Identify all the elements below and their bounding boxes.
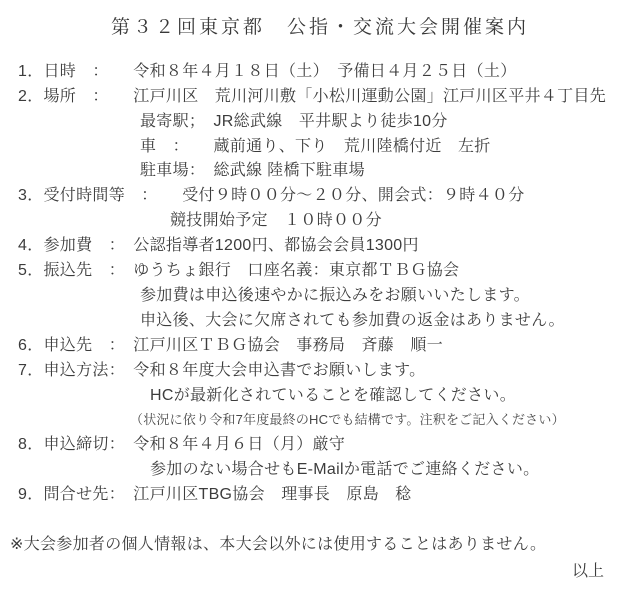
line-item-2-location: 2．場所 ： 江戸川区 荒川河川敷「小松川運動公園」江戸川区平井４丁目先 (18, 87, 606, 107)
line-item-1-datetime: 1．日時 ： 令和８年４月１８日（土） 予備日４月２５日（土） (18, 62, 517, 82)
line-item-7-application-method: 7．申込方法： 令和８年度大会申込書でお願いします。 (18, 361, 425, 381)
line-hc-confirmation-note: HCが最新化されていることを確認してください。 (150, 386, 516, 406)
line-location-by-car: 車 ： 蔵前通り、下り 荒川陸橋付近 左折 (140, 137, 491, 157)
closing-text: 以上 (572, 558, 604, 581)
line-fee-payment-note: 参加費は申込後速やかに振込みをお願いいたします。 (140, 286, 530, 306)
line-item-4-entry-fee: 4．参加費 ： 公認指導者1200円、都協会会員1300円 (18, 236, 419, 256)
line-hc-remark-small: （状況に依り令和7年度最終のHCでも結構です。注釈をご記入ください） (130, 410, 565, 430)
privacy-note: ※大会参加者の個人情報は、本大会以外には使用することはありません。 (10, 535, 546, 555)
line-item-6-application-to: 6．申込先 ： 江戸川区ＴＢＧ協会 事務局 斉藤 順一 (18, 336, 443, 356)
line-item-8-deadline: 8．申込締切： 令和８年４月６日（月）厳守 (18, 435, 345, 455)
line-item-9-inquiry: 9．問合せ先： 江戸川区TBG協会 理事長 原島 稔 (18, 485, 412, 505)
line-item-5-bank-transfer: 5．振込先 ： ゆうちょ銀行 口座名義：東京都ＴＢＧ協会 (18, 261, 459, 281)
event-notice-document: 第３２回東京都 公指・交流大会開催案内 1．日時 ： 令和８年４月１８日（土） … (0, 0, 640, 603)
line-item-3-reception-time: 3．受付時間等 ： 受付９時００分～２０分、開会式：９時４０分 (18, 186, 525, 206)
line-location-parking: 駐車場： 総武線 陸橋下駐車場 (140, 161, 365, 181)
line-location-nearest-station: 最寄駅； JR総武線 平井駅より徒歩10分 (140, 112, 448, 132)
line-deadline-contact-note: 参加のない場合せもE-Mailか電話でご連絡ください。 (150, 460, 539, 480)
page-title: 第３２回東京都 公指・交流大会開催案内 (0, 12, 640, 39)
line-competition-start: 競技開始予定 １０時００分 (170, 211, 382, 231)
line-fee-no-refund-note: 申込後、大会に欠席されても参加費の返金はありません。 (140, 311, 565, 331)
